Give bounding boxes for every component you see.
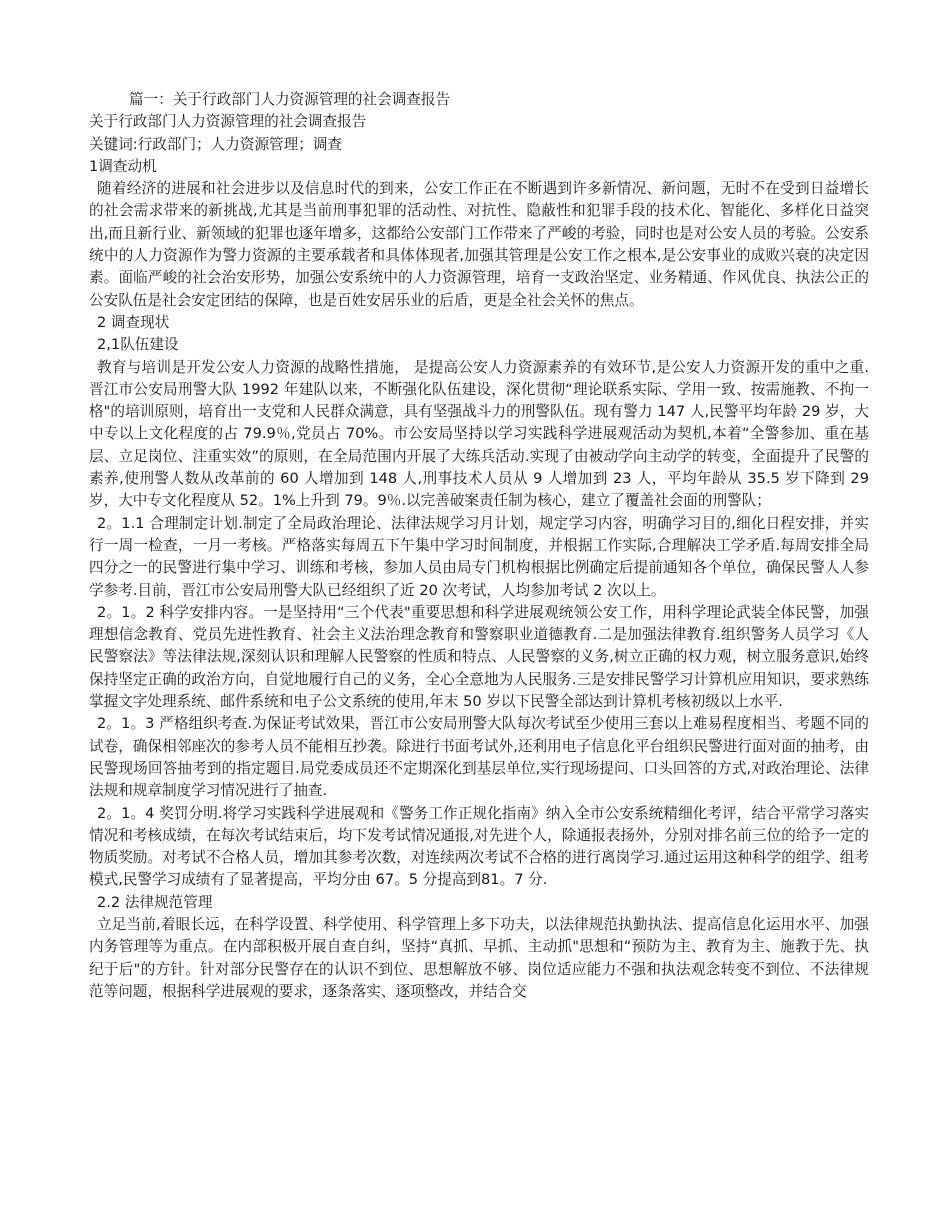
section-title: 篇一：关于行政部门人力资源管理的社会调查报告 <box>89 89 869 111</box>
paragraph-motivation: 随着经济的进展和社会进步以及信息时代的到来，公安工作正在不断遇到许多新情况、新问… <box>89 178 869 312</box>
document-title: 关于行政部门人力资源管理的社会调查报告 <box>89 111 869 133</box>
document-page: 篇一：关于行政部门人力资源管理的社会调查报告 关于行政部门人力资源管理的社会调查… <box>89 89 869 1003</box>
paragraph-2-1-4: 2。1。4 奖罚分明.将学习实践科学进展观和《警务工作正规化指南》纳入全市公安系… <box>89 803 869 892</box>
paragraph-2-1-2: 2。1。2 科学安排内容。一是坚持用“三个代表"重要思想和科学进展观统领公安工作… <box>89 602 869 713</box>
heading-2-1: 2,1队伍建设 <box>89 334 869 356</box>
paragraph-2-1-3: 2。1。3 严格组织考查.为保证考试效果，晋江市公安局刑警大队每次考试至少使用三… <box>89 713 869 802</box>
heading-2-2: 2.2 法律规范管理 <box>89 892 869 914</box>
keywords: 关键词:行政部门；人力资源管理；调查 <box>89 134 869 156</box>
heading-1: 1调查动机 <box>89 156 869 178</box>
heading-2: 2 调查现状 <box>89 312 869 334</box>
paragraph-legal-management: 立足当前,着眼长远，在科学设置、科学使用、科学管理上多下功夫，以法律规范执勤执法… <box>89 914 869 1003</box>
paragraph-team-building: 教育与培训是开发公安人力资源的战略性措施， 是提高公安人力资源素养的有效环节,是… <box>89 357 869 513</box>
paragraph-2-1-1: 2。1.1 合理制定计划.制定了全局政治理论、法律法规学习月计划，规定学习内容，… <box>89 513 869 602</box>
